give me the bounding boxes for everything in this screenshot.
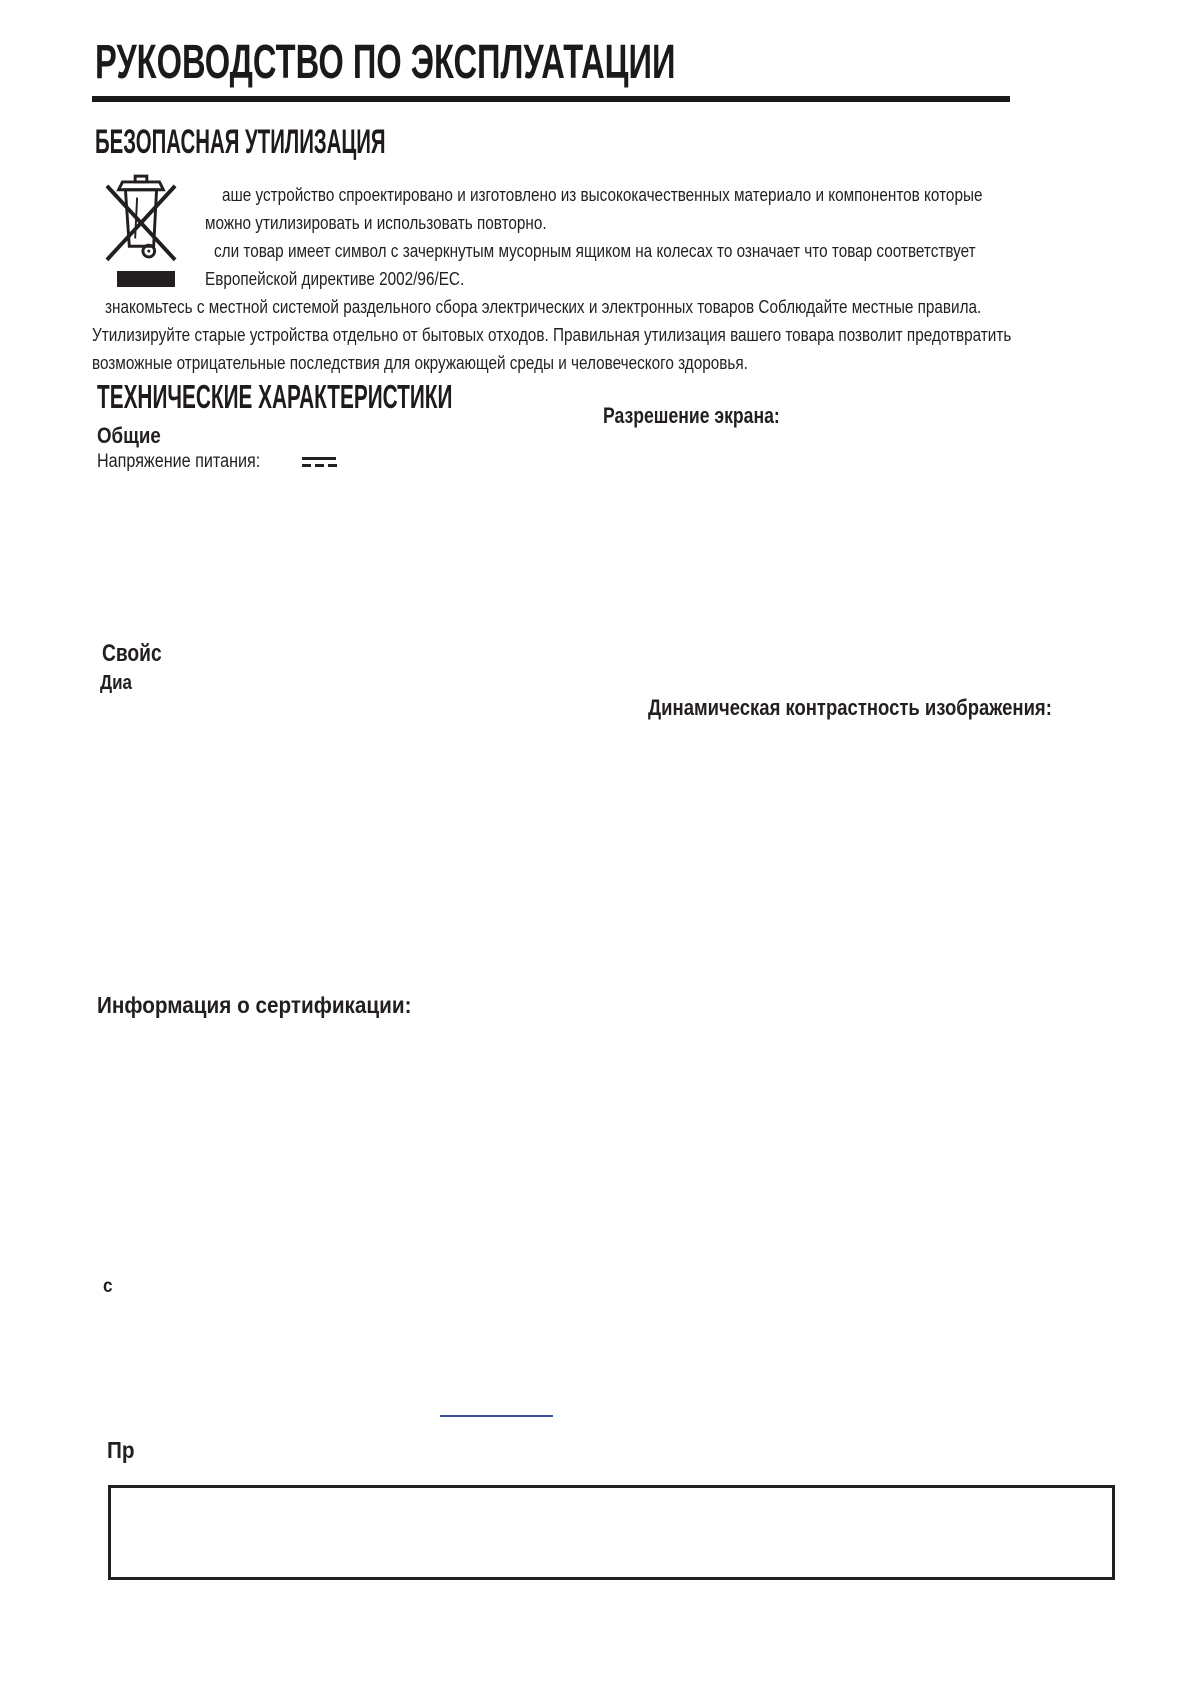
properties-truncated-label: Свойс: [102, 640, 162, 668]
dynamic-contrast-label: Динамическая контрастность изображения:: [648, 695, 1052, 721]
note-truncated-label: Пр: [107, 1437, 135, 1464]
screen-resolution-label: Разрешение экрана:: [603, 403, 780, 429]
weee-bin-icon: [104, 172, 178, 264]
page-title: РУКОВОДСТВО ПО ЭКСПЛУАТАЦИИ: [95, 38, 675, 88]
voltage-label: Напряжение питания:: [97, 451, 260, 473]
disposal-text-line: Европейской директиве 2002/96/ЕС.: [205, 267, 464, 291]
diagonal-truncated-label: Диа: [100, 672, 132, 695]
general-subheading: Общие: [97, 423, 161, 449]
disposal-heading: БЕЗОПАСНАЯ УТИЛИЗАЦИЯ: [95, 124, 386, 160]
manual-page: РУКОВОДСТВО ПО ЭКСПЛУАТАЦИИ БЕЗОПАСНАЯ У…: [0, 0, 1190, 1684]
disposal-text-line: знакомьтесь с местной системой раздельно…: [105, 295, 981, 319]
specs-heading: ТЕХНИЧЕСКИЕ ХАРАКТЕРИСТИКИ: [97, 379, 452, 415]
disposal-text-line: возможные отрицательные последствия для …: [92, 351, 748, 375]
dc-voltage-icon: [302, 455, 338, 469]
service-truncated-label: с: [103, 1276, 113, 1298]
link-underline[interactable]: [440, 1415, 553, 1417]
note-box: [108, 1485, 1115, 1580]
certification-label: Информация о сертификации:: [97, 992, 412, 1019]
disposal-text-line: Утилизируйте старые устройства отдельно …: [92, 323, 1011, 347]
weee-bar-icon: [117, 271, 175, 287]
disposal-text-line: аше устройство спроектировано и изготовл…: [222, 183, 982, 207]
disposal-text-line: можно утилизировать и использовать повто…: [205, 211, 547, 235]
disposal-text-line: сли товар имеет символ с зачеркнутым мус…: [214, 239, 976, 263]
title-rule: [92, 96, 1010, 102]
